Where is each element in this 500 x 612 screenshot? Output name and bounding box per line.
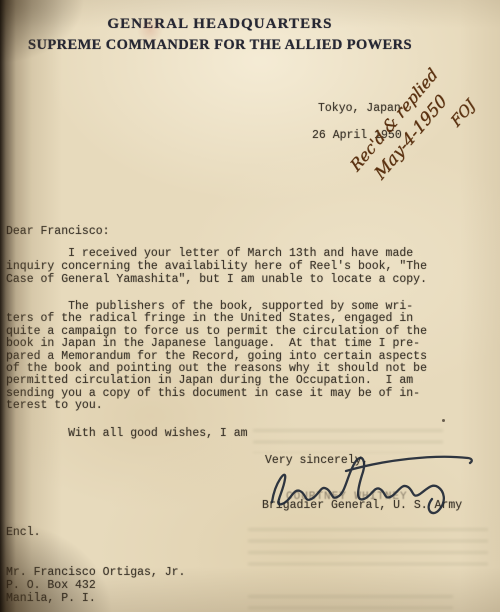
letterhead-line1: GENERAL HEADQUARTERS [0,16,440,33]
signature-script [262,444,477,519]
enclosure-note: Encl. [6,527,41,539]
handwritten-note-initials: FOJ [445,93,480,132]
salutation: Dear Francisco: [6,226,110,238]
handwritten-received-note: Rec'd & replied May-4-1950 FOJ [325,39,500,266]
body-paragraph-2: The publishers of the book, supported by… [6,301,427,413]
letter-text-layer: GENERAL HEADQUARTERS SUPREME COMMANDER F… [0,0,500,612]
body-paragraph-1: I received your letter of March 13th and… [6,247,427,287]
scanned-letter-page: GENERAL HEADQUARTERS SUPREME COMMANDER F… [0,0,500,612]
letterhead-line2: SUPREME COMMANDER FOR THE ALLIED POWERS [0,37,440,54]
recipient-address-block: Mr. Francisco Ortigas, Jr. P. O. Box 432… [6,566,185,606]
body-paragraph-3: With all good wishes, I am [6,428,248,440]
